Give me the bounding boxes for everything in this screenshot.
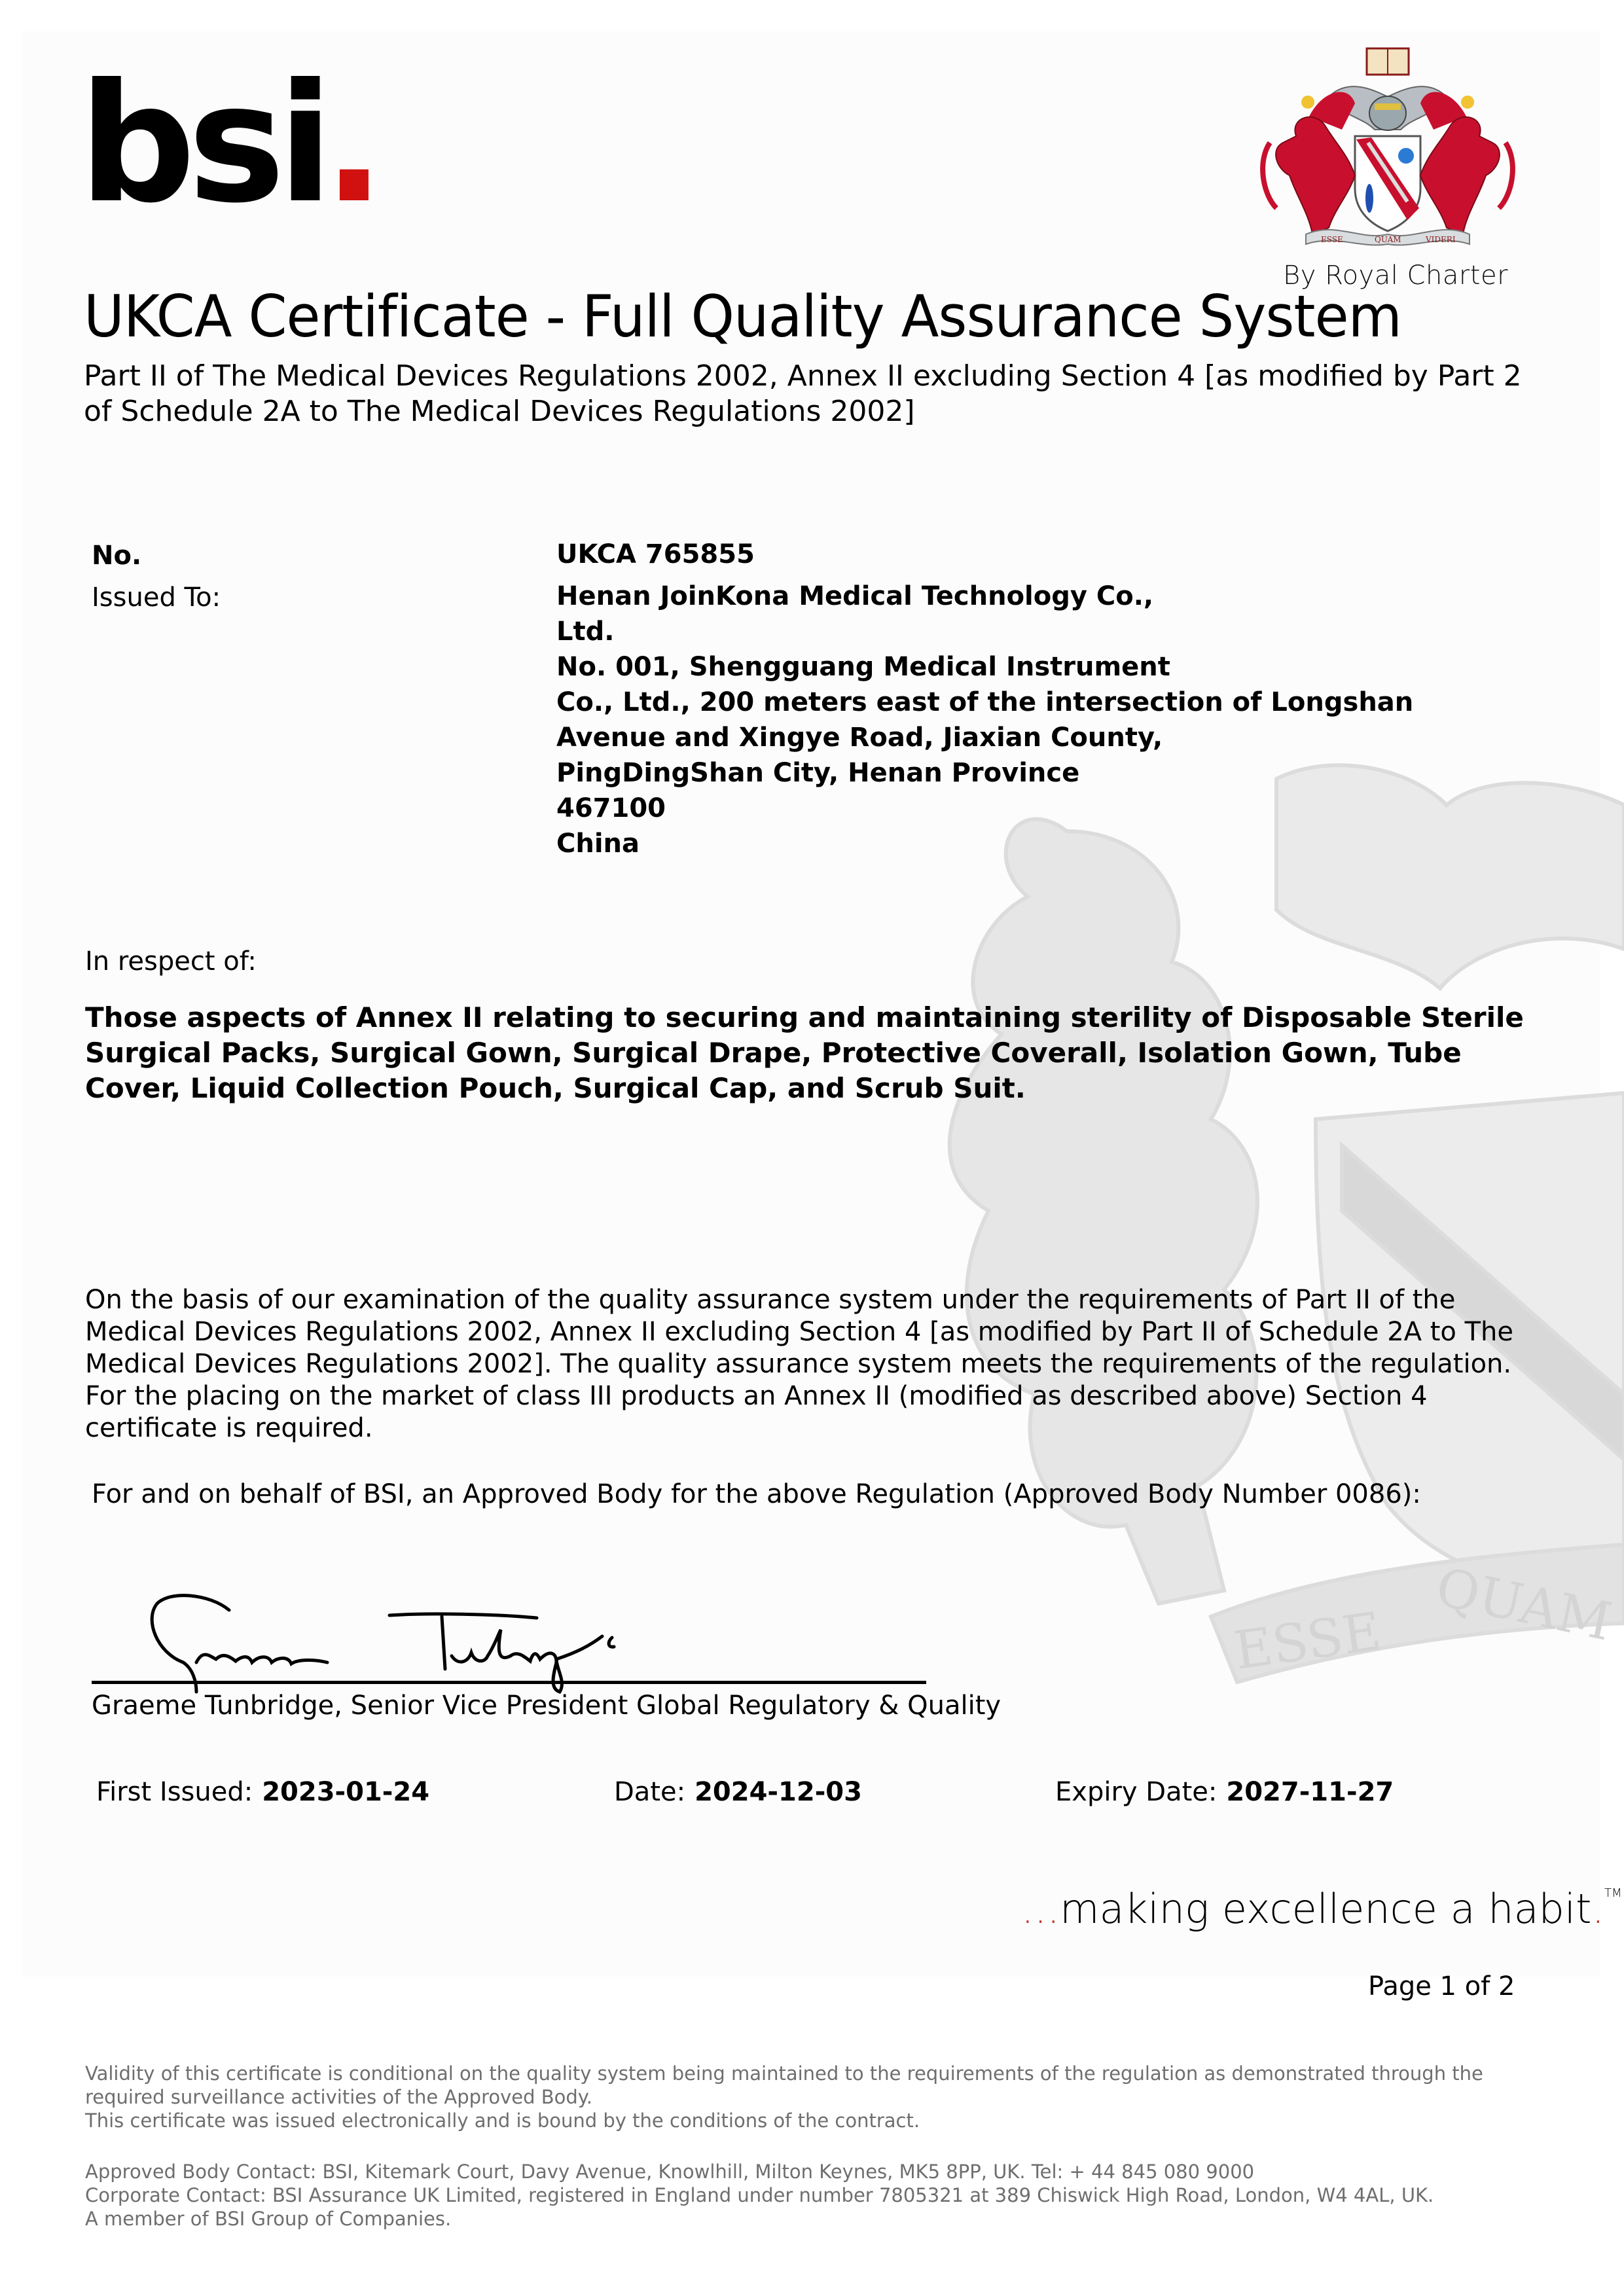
in-respect-of-label: In respect of: bbox=[85, 946, 257, 977]
issued-to-label: Issued To: bbox=[92, 583, 221, 613]
validity-line: This certificate was issued electronical… bbox=[85, 2109, 1558, 2132]
validity-notice: Validity of this certificate is conditio… bbox=[85, 2062, 1558, 2132]
certificate-number-label: No. bbox=[92, 541, 141, 571]
expiry-date-value: 2027-11-27 bbox=[1226, 1777, 1394, 1807]
date-label: Date: bbox=[614, 1777, 685, 1807]
first-issued: First Issued:2023-01-24 bbox=[96, 1777, 429, 1807]
basis-statement: On the basis of our examination of the q… bbox=[85, 1284, 1545, 1444]
expiry-date: Expiry Date:2027-11-27 bbox=[1055, 1777, 1394, 1807]
address-line: 467100 bbox=[556, 791, 1473, 826]
address-line: China bbox=[556, 826, 1473, 861]
validity-line: Validity of this certificate is conditio… bbox=[85, 2062, 1558, 2109]
bsi-logo: bsi. bbox=[79, 62, 377, 226]
certificate-title: UKCA Certificate - Full Quality Assuranc… bbox=[84, 283, 1401, 350]
svg-text:VIDERI: VIDERI bbox=[1425, 235, 1456, 244]
on-behalf-statement: For and on behalf of BSI, an Approved Bo… bbox=[92, 1479, 1421, 1509]
logo-red-dot: . bbox=[323, 48, 377, 239]
address-line: Henan JoinKona Medical Technology Co., bbox=[556, 579, 1473, 614]
contact-info: Approved Body Contact: BSI, Kitemark Cou… bbox=[85, 2160, 1558, 2231]
svg-text:QUAM: QUAM bbox=[1375, 235, 1401, 244]
signature-line bbox=[92, 1681, 926, 1684]
page-number: Page 1 of 2 bbox=[1368, 1971, 1515, 2001]
issue-date: Date:2024-12-03 bbox=[614, 1777, 862, 1807]
bsi-slogan: ...making excellence a habit.TM bbox=[1021, 1885, 1622, 1933]
certificate-subtitle: Part II of The Medical Devices Regulatio… bbox=[84, 359, 1524, 429]
scope-statement: Those aspects of Annex II relating to se… bbox=[85, 1000, 1558, 1106]
date-value: 2024-12-03 bbox=[695, 1777, 862, 1807]
contact-line: Approved Body Contact: BSI, Kitemark Cou… bbox=[85, 2160, 1558, 2183]
contact-line: Corporate Contact: BSI Assurance UK Limi… bbox=[85, 2183, 1558, 2207]
address-line: Co., Ltd., 200 meters east of the inters… bbox=[556, 685, 1473, 720]
certificate-number: UKCA 765855 bbox=[556, 537, 755, 572]
issued-to-address: Henan JoinKona Medical Technology Co., L… bbox=[556, 579, 1473, 861]
address-line: Avenue and Xingye Road, Jiaxian County, bbox=[556, 720, 1473, 755]
signatory-name: Graeme Tunbridge, Senior Vice President … bbox=[92, 1691, 1001, 1721]
address-line: No. 001, Shengguang Medical Instrument bbox=[556, 649, 1473, 685]
expiry-date-label: Expiry Date: bbox=[1055, 1777, 1217, 1807]
contact-line: A member of BSI Group of Companies. bbox=[85, 2207, 1558, 2231]
signature-icon bbox=[131, 1590, 720, 1695]
royal-crest-icon: ESSE QUAM VIDERI bbox=[1250, 45, 1525, 254]
svg-text:ESSE: ESSE bbox=[1321, 235, 1343, 244]
first-issued-label: First Issued: bbox=[96, 1777, 253, 1807]
address-line: PingDingShan City, Henan Province bbox=[556, 755, 1473, 791]
address-line: Ltd. bbox=[556, 614, 1473, 649]
first-issued-date: 2023-01-24 bbox=[262, 1777, 429, 1807]
